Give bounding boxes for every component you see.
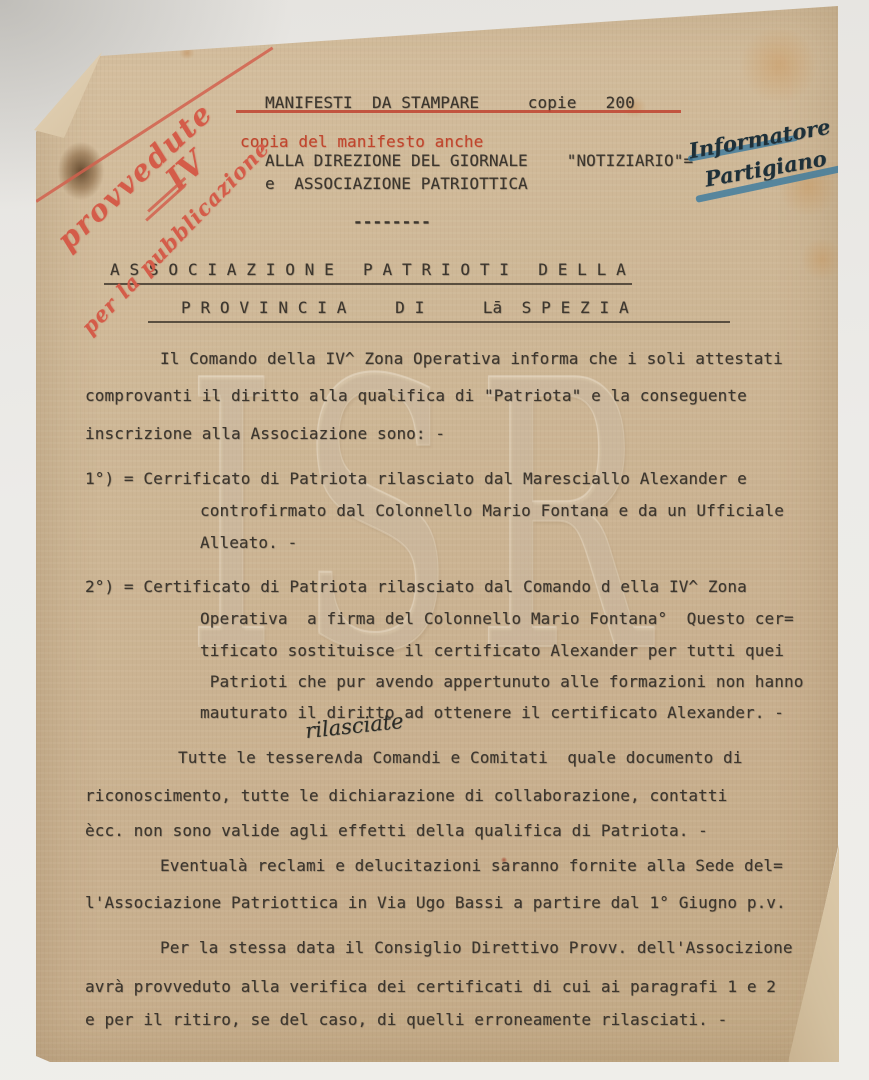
list-item-line: 2°) = Certificato di Patriota rilasciato…	[85, 577, 747, 597]
paragraph-line: Per la stessa data il Consiglio Direttiv…	[160, 938, 793, 958]
paragraph-line: Tutte le tessere∧da Comandi e Comitati q…	[178, 748, 743, 768]
association-title-line1: A S S O C I A Z I O N E P A T R I O T I …	[110, 260, 626, 280]
header-destination-line2: e ASSOCIAZIONE PATRIOTTICA	[265, 174, 528, 194]
title-underline-1	[104, 283, 632, 285]
list-item-line: Operativa a firma del Colonnello Mario F…	[200, 609, 794, 629]
list-item-line: Alleato. -	[200, 533, 297, 553]
association-title-line2: P R O V I N C I A D I Lā S P E Z I A	[181, 298, 629, 318]
paragraph-line: inscrizione alla Associazione sono: -	[85, 424, 445, 444]
paragraph-line: Eventualà reclami e delucitazioni sarann…	[160, 856, 783, 876]
scanned-document-photo: ISR MANIFESTI DA STAMPARE copie 200 copi…	[0, 0, 869, 1080]
title-underline-2	[148, 321, 730, 323]
green-speck	[60, 32, 70, 46]
rust-stain	[724, 10, 834, 120]
red-pencil-note-line1: att 1	[48, 43, 106, 112]
paragraph-line: Il Comando della IV^ Zona Operativa info…	[160, 349, 783, 369]
paragraph-line: e per il ritiro, se del caso, di quelli …	[85, 1010, 727, 1030]
paragraph-line: ècc. non sono valide agli effetti della …	[85, 821, 708, 841]
rust-stain	[792, 229, 852, 289]
list-item-line: 1°) = Cerrificato di Patriota rilasciato…	[85, 469, 747, 489]
paragraph-line: comprovanti il diritto alla qualifica di…	[85, 386, 747, 406]
list-item-line: controfirmato dal Colonnello Mario Fonta…	[200, 501, 784, 521]
document-paper: ISR MANIFESTI DA STAMPARE copie 200 copi…	[36, 4, 838, 1062]
paragraph-line: avrà provveduto alla verifica dei certif…	[85, 977, 776, 997]
header-destination-line1: ALLA DIREZIONE DEL GIORNALE "NOTIZIARIO"…	[265, 151, 693, 171]
header-red-underline	[236, 110, 681, 113]
fox-spot	[176, 44, 198, 62]
paragraph-line: l'Associazione Patriottica in Via Ugo Ba…	[85, 893, 786, 913]
list-item-line: Patrioti che pur avendo appertunuto alle…	[200, 672, 803, 692]
list-item-line: tificato sostituisce il certificato Alex…	[200, 641, 784, 661]
header-red-note: copia del manifesto anche	[240, 132, 483, 152]
separator-dashes: --------	[353, 212, 431, 232]
paragraph-line: riconoscimento, tutte le dichiarazione d…	[85, 786, 727, 806]
list-item-line: mauturato il diritto ad ottenere il cert…	[200, 703, 784, 723]
